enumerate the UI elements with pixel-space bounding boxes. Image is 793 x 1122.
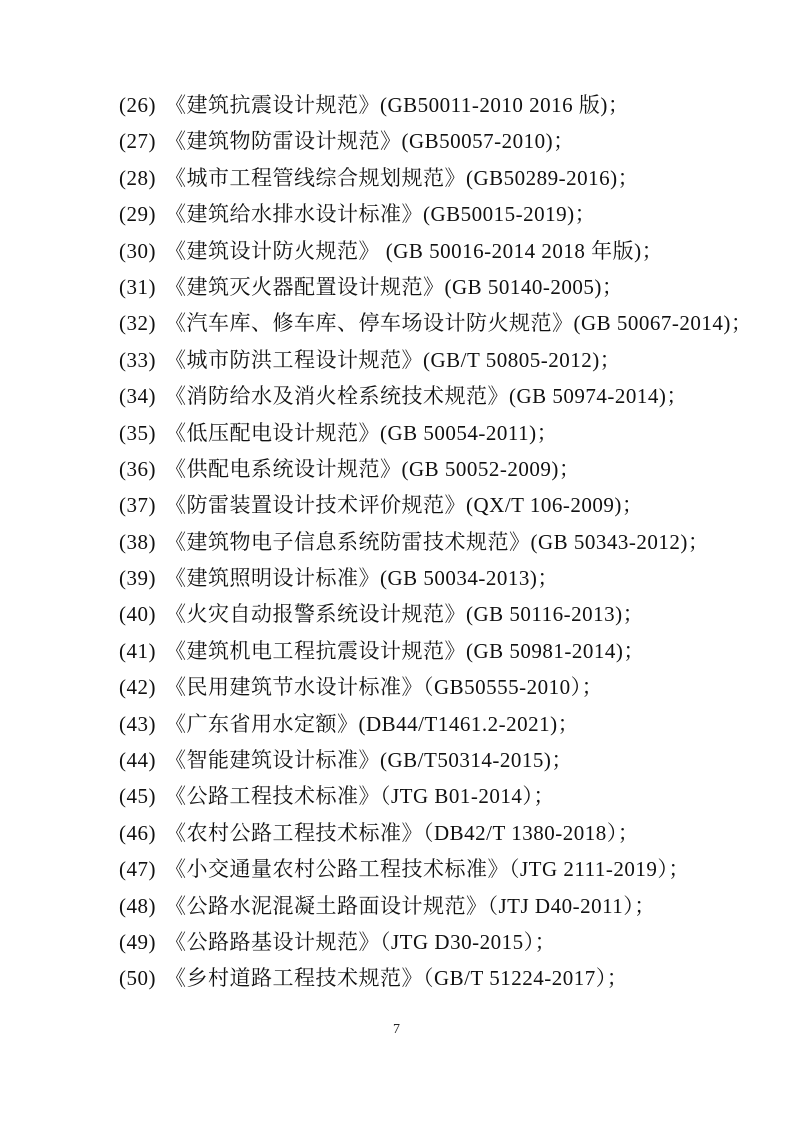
item-number: (31) [119, 269, 156, 305]
item-text: 《公路工程技术标准》（JTG B01-2014）； [165, 784, 555, 808]
list-item: (38)《建筑物电子信息系统防雷技术规范》(GB 50343-2012)； [119, 524, 763, 560]
item-number: (45) [119, 778, 156, 814]
item-text: 《建筑灭火器配置设计规范》(GB 50140-2005)； [165, 275, 623, 299]
list-item: (45)《公路工程技术标准》（JTG B01-2014）； [119, 778, 763, 814]
list-item: (30)《建筑设计防火规范》 (GB 50016-2014 2018 年版)； [119, 233, 763, 269]
item-number: (36) [119, 451, 156, 487]
item-number: (37) [119, 487, 156, 523]
list-item: (31)《建筑灭火器配置设计规范》(GB 50140-2005)； [119, 269, 763, 305]
list-item: (41)《建筑机电工程抗震设计规范》(GB 50981-2014)； [119, 633, 763, 669]
document-page: (26)《建筑抗震设计规范》(GB50011-2010 2016 版)； (27… [0, 0, 793, 1122]
list-item: (47)《小交通量农村公路工程技术标准》（JTG 2111-2019）； [119, 851, 763, 887]
page-number: 7 [393, 1022, 400, 1037]
item-number: (34) [119, 378, 156, 414]
item-number: (39) [119, 560, 156, 596]
item-number: (29) [119, 196, 156, 232]
item-text: 《消防给水及消火栓系统技术规范》(GB 50974-2014)； [165, 384, 688, 408]
standards-list: (26)《建筑抗震设计规范》(GB50011-2010 2016 版)； (27… [119, 87, 763, 997]
item-number: (35) [119, 415, 156, 451]
item-number: (38) [119, 524, 156, 560]
item-number: (48) [119, 888, 156, 924]
list-item: (29)《建筑给水排水设计标准》(GB50015-2019)； [119, 196, 763, 232]
list-item: (39)《建筑照明设计标准》(GB 50034-2013)； [119, 560, 763, 596]
item-text: 《供配电系统设计规范》(GB 50052-2009)； [165, 457, 580, 481]
item-number: (43) [119, 706, 156, 742]
item-text: 《公路水泥混凝土路面设计规范》（JTJ D40-2011）； [165, 894, 656, 918]
item-text: 《建筑照明设计标准》(GB 50034-2013)； [165, 566, 559, 590]
list-item: (48)《公路水泥混凝土路面设计规范》（JTJ D40-2011）； [119, 888, 763, 924]
list-item: (37)《防雷装置设计技术评价规范》(QX/T 106-2009)； [119, 487, 763, 523]
page-footer: 7 [0, 1020, 793, 1038]
list-item: (26)《建筑抗震设计规范》(GB50011-2010 2016 版)； [119, 87, 763, 123]
item-number: (44) [119, 742, 156, 778]
item-text: 《乡村道路工程技术规范》（GB/T 51224-2017）； [165, 966, 628, 990]
list-item: (46)《农村公路工程技术标准》（DB42/T 1380-2018）； [119, 815, 763, 851]
item-text: 《防雷装置设计技术评价规范》(QX/T 106-2009)； [165, 493, 643, 517]
item-number: (47) [119, 851, 156, 887]
list-item: (49)《公路路基设计规范》（JTG D30-2015）； [119, 924, 763, 960]
item-number: (27) [119, 123, 156, 159]
item-number: (50) [119, 960, 156, 996]
item-text: 《建筑物防雷设计规范》(GB50057-2010)； [165, 129, 575, 153]
item-text: 《低压配电设计规范》(GB 50054-2011)； [165, 421, 558, 445]
list-item: (32)《汽车库、修车库、停车场设计防火规范》(GB 50067-2014)； [119, 305, 763, 341]
item-number: (40) [119, 596, 156, 632]
list-item: (33)《城市防洪工程设计规范》(GB/T 50805-2012)； [119, 342, 763, 378]
item-number: (49) [119, 924, 156, 960]
item-text: 《小交通量农村公路工程技术标准》（JTG 2111-2019）； [165, 857, 690, 881]
item-number: (41) [119, 633, 156, 669]
list-item: (50)《乡村道路工程技术规范》（GB/T 51224-2017）； [119, 960, 763, 996]
list-item: (35)《低压配电设计规范》(GB 50054-2011)； [119, 415, 763, 451]
item-text: 《城市工程管线综合规划规范》(GB50289-2016)； [165, 166, 639, 190]
item-text: 《建筑物电子信息系统防雷技术规范》(GB 50343-2012)； [165, 530, 709, 554]
item-number: (42) [119, 669, 156, 705]
item-text: 《农村公路工程技术标准》（DB42/T 1380-2018）； [165, 821, 639, 845]
list-item: (40)《火灾自动报警系统设计规范》(GB 50116-2013)； [119, 596, 763, 632]
item-text: 《民用建筑节水设计标准》（GB50555-2010）； [165, 675, 603, 699]
list-item: (44)《智能建筑设计标准》(GB/T50314-2015)； [119, 742, 763, 778]
item-text: 《公路路基设计规范》（JTG D30-2015）； [165, 930, 556, 954]
item-number: (33) [119, 342, 156, 378]
item-number: (30) [119, 233, 156, 269]
item-text: 《建筑机电工程抗震设计规范》(GB 50981-2014)； [165, 639, 645, 663]
item-number: (28) [119, 160, 156, 196]
item-text: 《广东省用水定额》(DB44/T1461.2-2021)； [165, 712, 579, 736]
item-text: 《建筑设计防火规范》 (GB 50016-2014 2018 年版)； [165, 239, 663, 263]
list-item: (42)《民用建筑节水设计标准》（GB50555-2010）； [119, 669, 763, 705]
item-number: (46) [119, 815, 156, 851]
list-item: (36)《供配电系统设计规范》(GB 50052-2009)； [119, 451, 763, 487]
list-item: (34)《消防给水及消火栓系统技术规范》(GB 50974-2014)； [119, 378, 763, 414]
list-item: (28)《城市工程管线综合规划规范》(GB50289-2016)； [119, 160, 763, 196]
item-text: 《城市防洪工程设计规范》(GB/T 50805-2012)； [165, 348, 621, 372]
item-text: 《汽车库、修车库、停车场设计防火规范》(GB 50067-2014)； [165, 311, 752, 335]
list-item: (43)《广东省用水定额》(DB44/T1461.2-2021)； [119, 706, 763, 742]
item-text: 《智能建筑设计标准》(GB/T50314-2015)； [165, 748, 573, 772]
item-number: (26) [119, 87, 156, 123]
list-item: (27)《建筑物防雷设计规范》(GB50057-2010)； [119, 123, 763, 159]
item-text: 《建筑给水排水设计标准》(GB50015-2019)； [165, 202, 596, 226]
item-number: (32) [119, 305, 156, 341]
item-text: 《火灾自动报警系统设计规范》(GB 50116-2013)； [165, 602, 644, 626]
item-text: 《建筑抗震设计规范》(GB50011-2010 2016 版)； [165, 93, 629, 117]
